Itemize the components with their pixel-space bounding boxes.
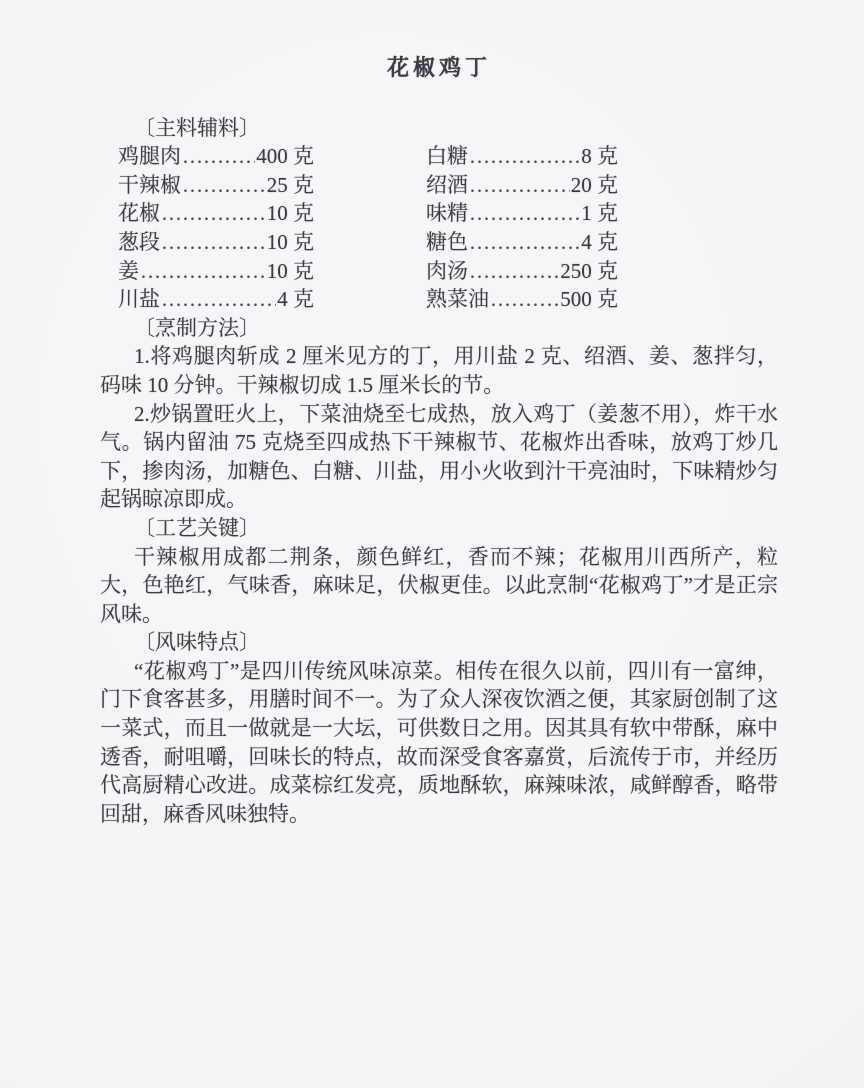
dot-leader: …………………………………………………… <box>161 199 266 228</box>
dot-leader: …………………………………………………… <box>161 228 266 257</box>
ingredient-name: 姜 <box>118 257 139 286</box>
dot-leader: …………………………………………………… <box>469 257 559 286</box>
dot-leader: …………………………………………………… <box>182 142 255 171</box>
dot-leader: …………………………………………………… <box>490 285 559 314</box>
ingredient-amount: 400 克 <box>256 142 314 171</box>
ingredient-row: 味精 …………………………………………………… 1 克 <box>426 199 618 228</box>
technique-text: 干辣椒用成都二荆条，颜色鲜红，香而不辣；花椒用川西所产，粒大，色艳红，气味香，麻… <box>100 543 778 629</box>
scanned-recipe-page: 花椒鸡丁 〔主料辅料〕 鸡腿肉 …………………………………………………… 400… <box>0 0 864 1088</box>
ingredient-amount: 1 克 <box>581 199 618 228</box>
ingredient-name: 川盐 <box>118 285 160 314</box>
ingredient-amount: 20 克 <box>571 171 618 200</box>
section-heading-ingredients: 〔主料辅料〕 <box>100 114 778 143</box>
ingredient-row: 川盐 …………………………………………………… 4 克 <box>118 285 314 314</box>
ingredient-name: 绍酒 <box>426 171 468 200</box>
ingredients-table: 鸡腿肉 …………………………………………………… 400 克 白糖 ………………… <box>100 142 778 314</box>
dot-leader: …………………………………………………… <box>469 199 580 228</box>
ingredient-name: 白糖 <box>426 142 468 171</box>
ingredient-name: 干辣椒 <box>118 171 181 200</box>
ingredient-row: 花椒 …………………………………………………… 10 克 <box>118 199 314 228</box>
ingredient-row: 干辣椒 …………………………………………………… 25 克 <box>118 171 314 200</box>
ingredient-row: 白糖 …………………………………………………… 8 克 <box>426 142 618 171</box>
dot-leader: …………………………………………………… <box>140 257 266 286</box>
method-step-2: 2.炒锅置旺火上，下菜油烧至七成热，放入鸡丁（姜葱不用），炸干水气。锅内留油 7… <box>100 400 778 514</box>
flavor-text: “花椒鸡丁”是四川传统风味凉菜。相传在很久以前，四川有一富绅，门下食客甚多，用膳… <box>100 657 778 829</box>
dot-leader: …………………………………………………… <box>182 171 266 200</box>
section-heading-method: 〔烹制方法〕 <box>100 314 778 343</box>
dot-leader: …………………………………………………… <box>469 142 580 171</box>
recipe-title: 花椒鸡丁 <box>100 54 778 83</box>
section-heading-flavor: 〔风味特点〕 <box>100 628 778 657</box>
ingredient-amount: 8 克 <box>581 142 618 171</box>
ingredient-amount: 10 克 <box>267 228 314 257</box>
ingredient-row: 葱段 …………………………………………………… 10 克 <box>118 228 314 257</box>
dot-leader: …………………………………………………… <box>469 171 570 200</box>
ingredient-name: 熟菜油 <box>426 285 489 314</box>
ingredient-name: 葱段 <box>118 228 160 257</box>
ingredient-name: 糖色 <box>426 228 468 257</box>
ingredient-row: 鸡腿肉 …………………………………………………… 400 克 <box>118 142 314 171</box>
ingredient-row: 肉汤 …………………………………………………… 250 克 <box>426 257 618 286</box>
ingredient-amount: 25 克 <box>267 171 314 200</box>
method-step-1: 1.将鸡腿肉斩成 2 厘米见方的丁，用川盐 2 克、绍酒、姜、葱拌匀，码味 10… <box>100 342 778 399</box>
ingredient-name: 鸡腿肉 <box>118 142 181 171</box>
ingredient-amount: 10 克 <box>267 257 314 286</box>
ingredient-name: 味精 <box>426 199 468 228</box>
dot-leader: …………………………………………………… <box>469 228 580 257</box>
ingredient-name: 花椒 <box>118 199 160 228</box>
ingredient-amount: 500 克 <box>560 285 618 314</box>
dot-leader: …………………………………………………… <box>161 285 276 314</box>
section-heading-technique: 〔工艺关键〕 <box>100 514 778 543</box>
page-content: 花椒鸡丁 〔主料辅料〕 鸡腿肉 …………………………………………………… 400… <box>100 54 778 828</box>
ingredient-row: 糖色 …………………………………………………… 4 克 <box>426 228 618 257</box>
ingredient-amount: 4 克 <box>277 285 314 314</box>
ingredient-amount: 250 克 <box>560 257 618 286</box>
ingredient-row: 熟菜油 …………………………………………………… 500 克 <box>426 285 618 314</box>
ingredient-row: 绍酒 …………………………………………………… 20 克 <box>426 171 618 200</box>
ingredient-amount: 10 克 <box>267 199 314 228</box>
ingredient-amount: 4 克 <box>581 228 618 257</box>
ingredient-name: 肉汤 <box>426 257 468 286</box>
ingredient-row: 姜 …………………………………………………… 10 克 <box>118 257 314 286</box>
